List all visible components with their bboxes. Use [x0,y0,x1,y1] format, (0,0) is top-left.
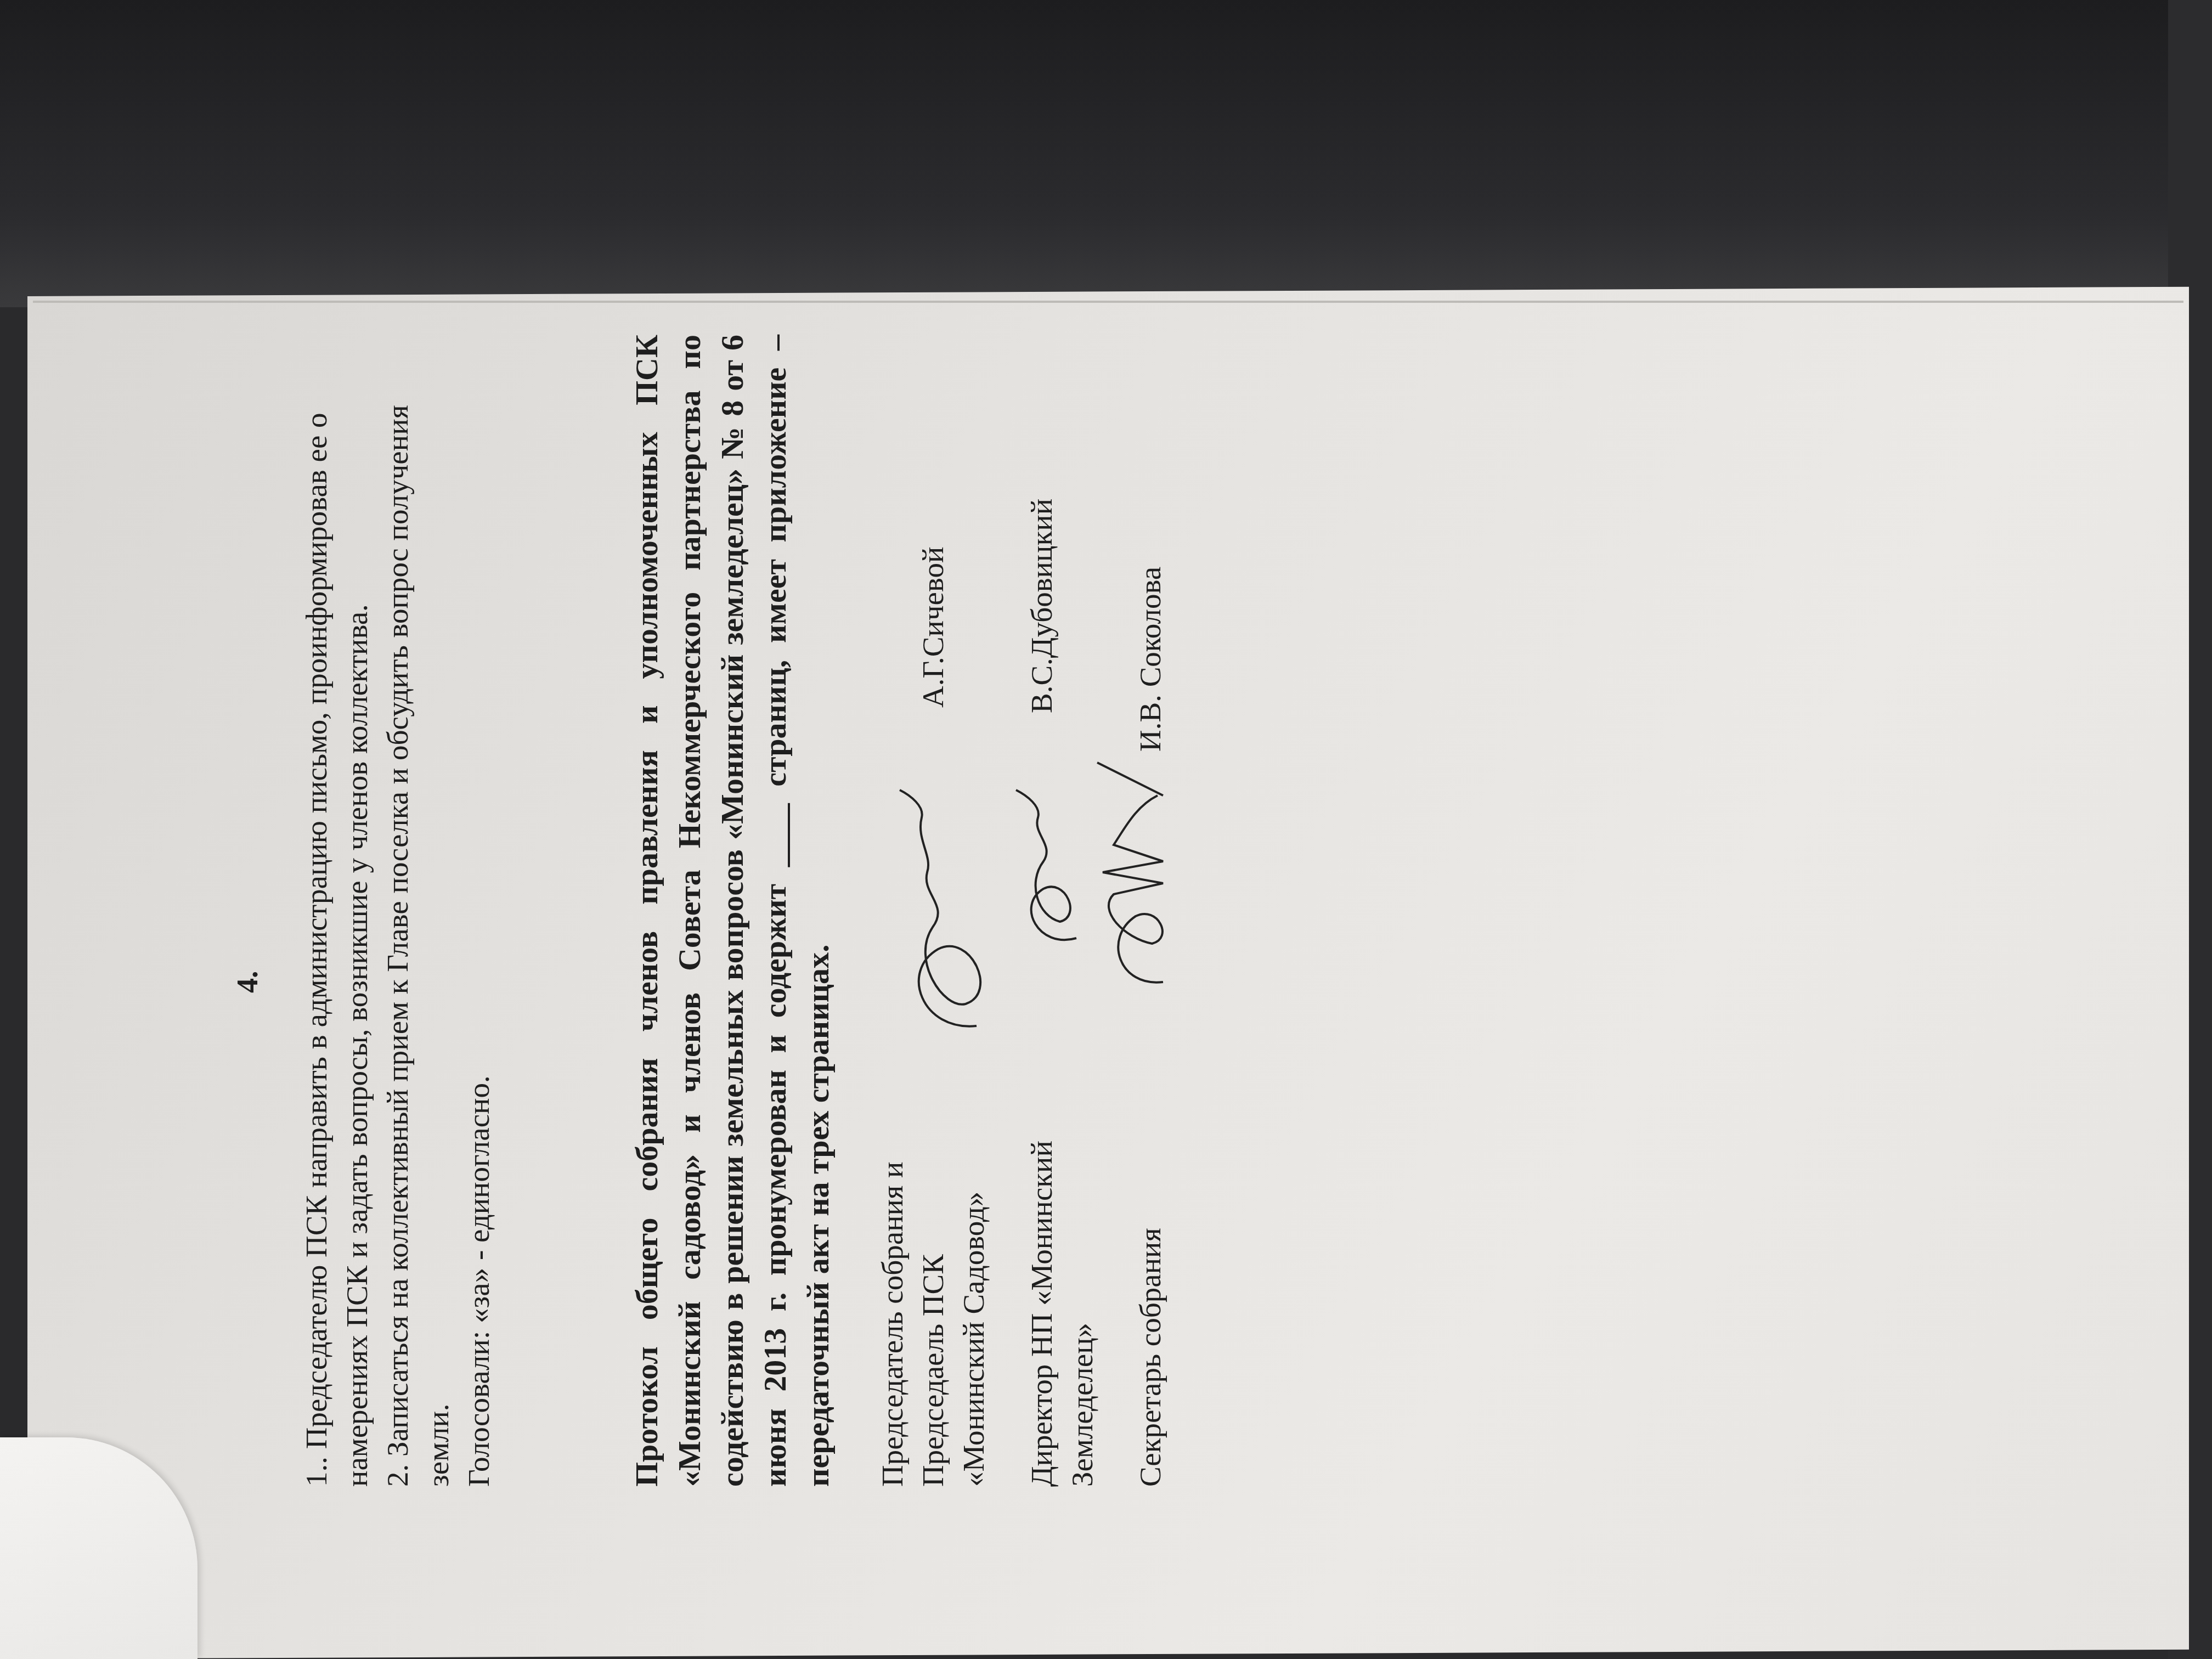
signatory-name: И.В. Соколова [1130,567,1171,752]
signatory-name: В.С.Дубовицкий [1022,499,1062,713]
closing-statement: Протокол общего собрания членов правлени… [625,335,839,1487]
signatory-role: Председатель собрания и Председаель ПСК … [872,1103,994,1487]
signatory-role: Секретарь собрания [1130,1103,1171,1487]
resolution-item-1: 1.. Председателю ПСК направить в админис… [296,335,377,1487]
signature-row-secretary: Секретарь собрания И.В. Соколова [1130,280,1171,1487]
signatory-role: Директор НП «Монинский Земледелец» [1022,1103,1103,1487]
handwritten-signature-icon [1081,757,1190,993]
signatory-name: А.Г.Сичевой [913,546,953,708]
resolution-block: 1.. Председателю ПСК направить в админис… [296,335,499,1487]
vote-result: Голосовали: «за» - единогласно. [459,335,499,1487]
signature-row-chairman: Председатель собрания и Председаель ПСК … [872,280,994,1487]
rotated-document-content: 4. 1.. Председателю ПСК направить в адми… [241,324,1339,1640]
handwritten-signature-icon [1005,785,1093,949]
resolution-item-2: 2. Записаться на коллективный прием к Гл… [377,335,459,1487]
handwritten-signature-icon [889,785,1009,1037]
dark-background [0,0,2212,307]
signature-block: Председатель собрания и Председаель ПСК … [872,280,1198,1487]
page-number: 4. [230,971,264,994]
